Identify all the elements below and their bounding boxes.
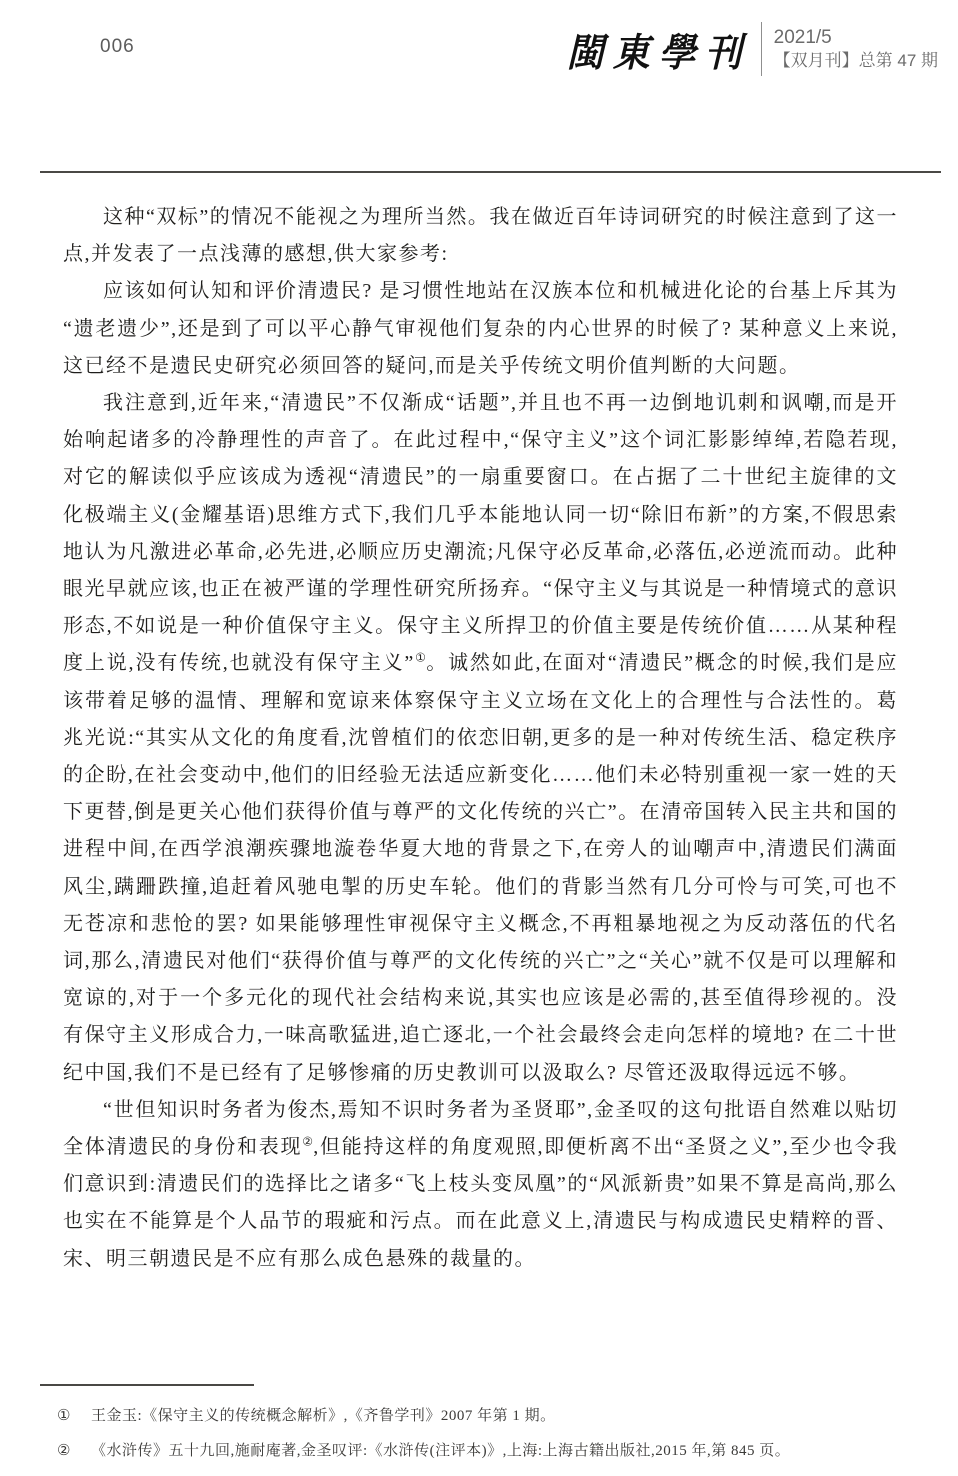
masthead-divider bbox=[761, 22, 762, 76]
paragraph-3-text: 我注意到,近年来,“清遗民”不仅渐成“话题”,并且也不再一边倒地讥刺和讽嘲,而是… bbox=[63, 392, 898, 674]
issue-info: 2021/5 【双月刊】总第 47 期 bbox=[774, 25, 938, 74]
footnote-1-marker: ① bbox=[57, 1399, 71, 1434]
header-rule bbox=[40, 171, 941, 173]
footnote-2: ② 《水浒传》五十九回,施耐庵著,金圣叹评:《水浒传(注评本)》,上海:上海古籍… bbox=[40, 1434, 920, 1469]
issue-number: 【双月刊】总第 47 期 bbox=[774, 50, 938, 73]
footnote-ref-1: ① bbox=[415, 651, 426, 665]
footnote-1-text: 王金玉:《保守主义的传统概念解析》,《齐鲁学刊》2007 年第 1 期。 bbox=[91, 1399, 920, 1434]
footnote-ref-2: ② bbox=[302, 1134, 313, 1148]
journal-page: 006 閩東學刊 2021/5 【双月刊】总第 47 期 这种“双标”的情况不能… bbox=[0, 0, 958, 1476]
footnote-2-text: 《水浒传》五十九回,施耐庵著,金圣叹评:《水浒传(注评本)》,上海:上海古籍出版… bbox=[91, 1434, 920, 1469]
paragraph-3-text-cont: 。诚然如此,在面对“清遗民”概念的时候,我们是应该带着足够的温情、理解和宽谅来体… bbox=[63, 652, 898, 1083]
footnote-1: ① 王金玉:《保守主义的传统概念解析》,《齐鲁学刊》2007 年第 1 期。 bbox=[40, 1399, 920, 1434]
masthead: 閩東學刊 2021/5 【双月刊】总第 47 期 bbox=[567, 22, 938, 76]
footnote-rule bbox=[40, 1384, 254, 1386]
footnotes: ① 王金玉:《保守主义的传统概念解析》,《齐鲁学刊》2007 年第 1 期。 ②… bbox=[40, 1384, 920, 1469]
paragraph-3: 我注意到,近年来,“清遗民”不仅渐成“话题”,并且也不再一边倒地讥刺和讽嘲,而是… bbox=[63, 385, 898, 1092]
page-number: 006 bbox=[100, 36, 135, 58]
paragraph-4: “世但知识时务者为俊杰,焉知不识时务者为圣贤耶”,金圣叹的这句批语自然难以贴切全… bbox=[63, 1092, 898, 1278]
paragraph-2-quote: 应该如何认知和评价清遗民? 是习惯性地站在汉族本位和机械进化论的台基上斥其为“遗… bbox=[63, 273, 898, 385]
journal-logo: 閩東學刊 bbox=[567, 21, 751, 78]
footnote-2-marker: ② bbox=[57, 1434, 71, 1469]
issue-year: 2021/5 bbox=[774, 25, 938, 51]
paragraph-1: 这种“双标”的情况不能视之为理所当然。我在做近百年诗词研究的时候注意到了这一点,… bbox=[63, 199, 898, 273]
article-body: 这种“双标”的情况不能视之为理所当然。我在做近百年诗词研究的时候注意到了这一点,… bbox=[63, 199, 898, 1278]
